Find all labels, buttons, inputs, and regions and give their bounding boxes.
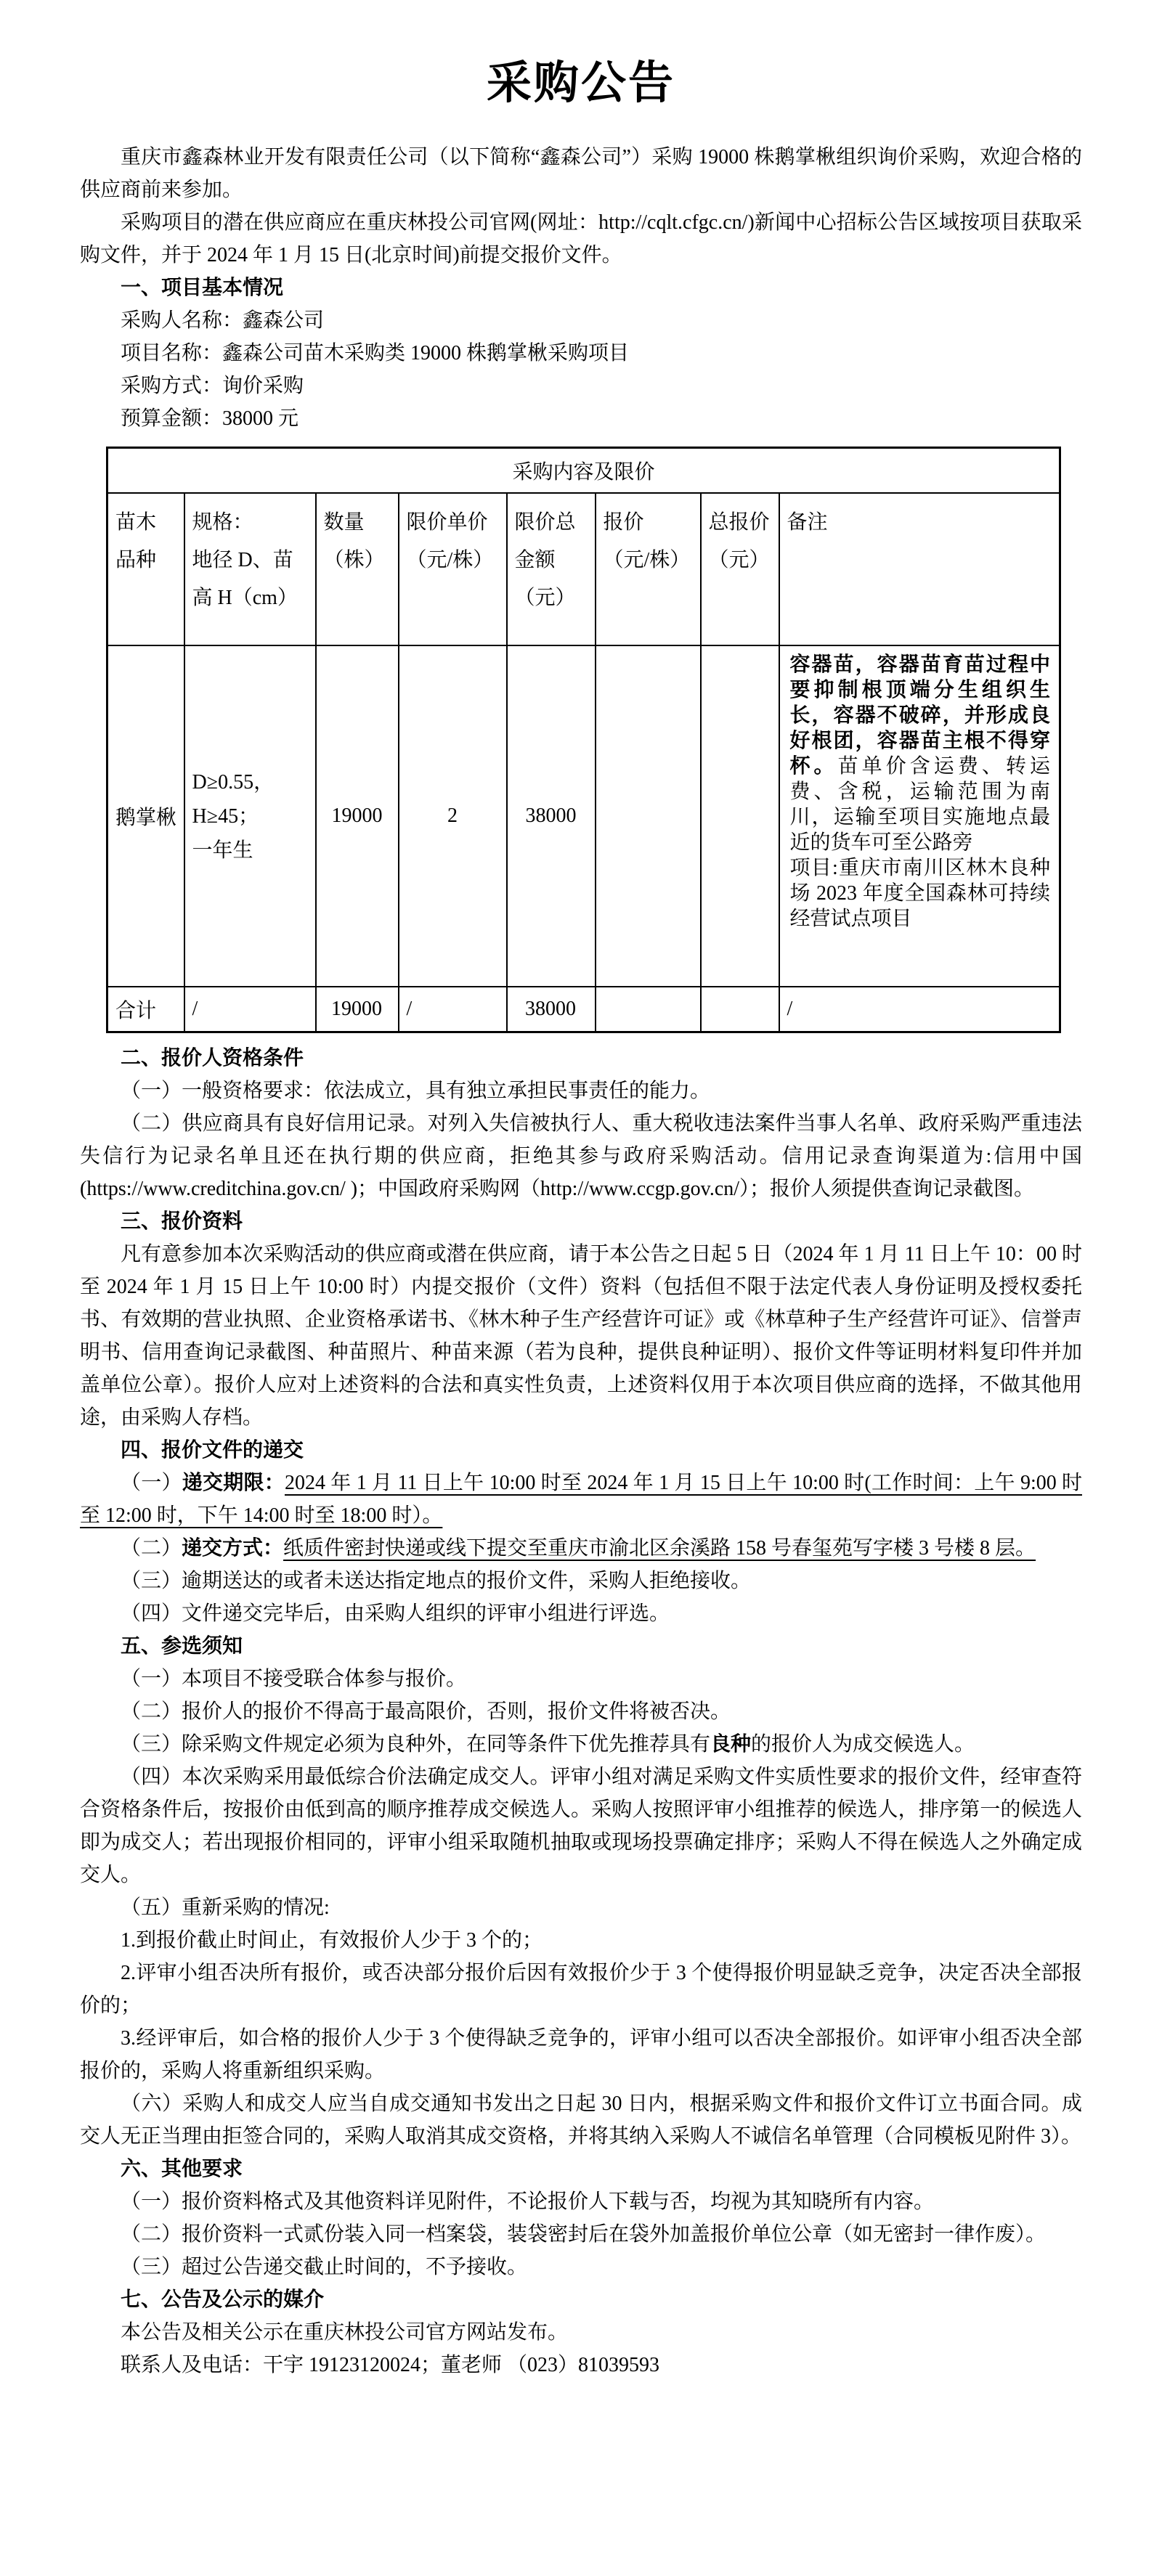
section-heading: 五、参选须知 [80,1630,1082,1663]
table-caption: 采购内容及限价 [107,448,1060,494]
total-limit-sum-cell: 38000 [507,987,596,1032]
section-heading: 七、公告及公示的媒介 [80,2283,1082,2316]
paragraph: 联系人及电话：干宇 19123120024；董老师 （023）81039593 [80,2349,1082,2381]
text-run: （二）报价人的报价不得高于最高限价，否则，报价文件将被否决。 [121,1700,731,1723]
col-header-unit-limit: 限价单价 （元/株） [399,493,507,645]
paragraph: 凡有意参加本次采购活动的供应商或潜在供应商，请于本公告之日起 5 日（2024 … [80,1238,1082,1434]
text-run: （一） [121,1472,182,1494]
col-header-quantity: 数量 （株） [316,493,399,645]
total-quote-empty-cell [596,987,701,1032]
col-header-total-limit: 限价总 金额 （元） [507,493,596,645]
section-heading: 三、报价资料 [80,1205,1082,1238]
total-quantity-cell: 19000 [316,987,399,1032]
text-run: 良种 [710,1733,751,1756]
sections-container: 二、报价人资格条件（一）一般资格要求：依法成立，具有独立承担民事责任的能力。（二… [80,1042,1082,2381]
table-row: 鹅掌楸 D≥0.55， H≥45； 一年生 19000 2 38000 容器苗，… [107,645,1060,987]
text-run: （二）供应商具有良好信用记录。对列入失信被执行人、重大税收违法案件当事人名单、政… [80,1112,1082,1200]
section-heading: 二、报价人资格条件 [80,1042,1082,1075]
paragraph: （二）报价人的报价不得高于最高限价，否则，报价文件将被否决。 [80,1695,1082,1728]
text-run: （四）本次采购采用最低综合价法确定成交人。评审小组对满足采购文件实质性要求的报价… [80,1766,1082,1886]
remark-line: 容器苗，容器苗育苗过程中要抑制根顶端分生组织生长，容器不破碎，并形成良好根团，容… [790,652,1051,855]
buyer-name-line: 采购人名称：鑫森公司 [80,304,1082,337]
table-caption-row: 采购内容及限价 [107,448,1060,494]
paragraph: （四）本次采购采用最低综合价法确定成交人。评审小组对满足采购文件实质性要求的报价… [80,1761,1082,1891]
total-quote-sum-empty-cell [701,987,779,1032]
text-run: 本公告及相关公示在重庆林投公司官方网站发布。 [121,2321,568,2344]
text-run: （四）文件递交完毕后，由采购人组织的评审小组进行评选。 [121,1602,670,1625]
species-cell: 鹅掌楸 [107,645,184,987]
text-run: 采购项目的潜在供应商应在重庆林投公司官网(网址：http://cqlt.cfgc… [80,211,1082,266]
text-run: （三）超过公告递交截止时间的，不予接收。 [121,2256,527,2278]
text-run: （六）采购人和成交人应当自成交通知书发出之日起 30 日内，根据采购文件和报价文… [80,2092,1082,2148]
section-heading-basic-info: 一、项目基本情况 [80,272,1082,304]
spec-cell: D≥0.55， H≥45； 一年生 [184,645,316,987]
project-name-line: 项目名称：鑫森公司苗木采购类 19000 株鹅掌楸采购项目 [80,337,1082,370]
text-run: （一）报价资料格式及其他资料详见附件，不论报价人下载与否，均视为其知晓所有内容。 [121,2190,934,2213]
text-run: 重庆市鑫森林业开发有限责任公司（以下简称“鑫森公司”）采购 19000 株鹅掌楸… [80,146,1082,201]
document-page: 采购公告 重庆市鑫森林业开发有限责任公司（以下简称“鑫森公司”）采购 19000… [0,0,1162,2576]
paragraph: （二）递交方式：纸质件密封快递或线下提交至重庆市渝北区余溪路 158 号春玺苑写… [80,1532,1082,1565]
col-header-quote: 报价 （元/株） [596,493,701,645]
page-title: 采购公告 [80,57,1082,110]
intro-paragraph-2: 采购项目的潜在供应商应在重庆林投公司官网(网址：http://cqlt.cfgc… [80,206,1082,272]
total-unit-limit-cell: / [399,987,507,1032]
section-heading: 六、其他要求 [80,2153,1082,2185]
col-header-spec: 规格： 地径 D、苗 高 H（cm） [184,493,316,645]
price-limit-table: 采购内容及限价 苗木 品种 规格： 地径 D、苗 高 H（cm） 数量 （株） … [106,447,1061,1033]
total-remark-cell: / [779,987,1060,1032]
total-limit-cell: 38000 [507,645,596,987]
text-run: 递交方式： [182,1537,283,1560]
procurement-method-line: 采购方式：询价采购 [80,370,1082,402]
table-header-row: 苗木 品种 规格： 地径 D、苗 高 H（cm） 数量 （株） 限价单价 （元/… [107,493,1060,645]
unit-limit-cell: 2 [399,645,507,987]
paragraph: （四）文件递交完毕后，由采购人组织的评审小组进行评选。 [80,1597,1082,1630]
total-quote-cell [701,645,779,987]
text-run: 纸质件密封快递或线下提交至重庆市渝北区余溪路 158 号春玺苑写字楼 3 号楼 … [283,1537,1036,1560]
section-heading: 四、报价文件的递交 [80,1434,1082,1467]
text-run: （一）一般资格要求：依法成立，具有独立承担民事责任的能力。 [121,1080,710,1102]
paragraph: （一）一般资格要求：依法成立，具有独立承担民事责任的能力。 [80,1075,1082,1107]
text-run: （二）报价资料一式贰份装入同一档案袋，装袋密封后在袋外加盖报价单位公章（如无密封… [121,2223,1046,2246]
col-header-remark: 备注 [779,493,1060,645]
remark-cell: 容器苗，容器苗育苗过程中要抑制根顶端分生组织生长，容器不破碎，并形成良好根团，容… [779,645,1060,987]
text-run: 2.评审小组否决所有报价，或否决部分报价后因有效报价少于 3 个使得报价明显缺乏… [80,1962,1082,2017]
text-run: 的报价人为成交候选人。 [751,1733,975,1756]
paragraph: 本公告及相关公示在重庆林投公司官方网站发布。 [80,2316,1082,2349]
paragraph: （三）逾期送达的或者未送达指定地点的报价文件，采购人拒绝接收。 [80,1565,1082,1597]
text-run: 1.到报价截止时间止，有效报价人少于 3 个的； [121,1929,543,1952]
paragraph: （三）除采购文件规定必须为良种外，在同等条件下优先推荐具有良种的报价人为成交候选… [80,1728,1082,1761]
paragraph: 1.到报价截止时间止，有效报价人少于 3 个的； [80,1924,1082,1957]
budget-line: 预算金额：38000 元 [80,402,1082,435]
text-run: （二） [121,1537,182,1560]
text-run: 3.经评审后，如合格的报价人少于 3 个使得缺乏竞争的，评审小组可以否决全部报价… [80,2027,1082,2082]
total-spec-cell: / [184,987,316,1032]
col-header-total-quote: 总报价 （元） [701,493,779,645]
paragraph: （一）报价资料格式及其他资料详见附件，不论报价人下载与否，均视为其知晓所有内容。 [80,2185,1082,2218]
text-run: （五）重新采购的情况: [121,1896,330,1919]
paragraph: （三）超过公告递交截止时间的，不予接收。 [80,2251,1082,2283]
paragraph: （一）本项目不接受联合体参与报价。 [80,1663,1082,1695]
text-run: （三）逾期送达的或者未送达指定地点的报价文件，采购人拒绝接收。 [121,1570,751,1592]
text-run: 联系人及电话：干宇 19123120024；董老师 （023）81039593 [121,2354,659,2376]
paragraph: （一）递交期限：2024 年 1 月 11 日上午 10:00 时至 2024 … [80,1467,1082,1532]
text-run: （三）除采购文件规定必须为良种外，在同等条件下优先推荐具有 [121,1733,710,1756]
text-run: 递交期限： [182,1472,285,1494]
col-header-species: 苗木 品种 [107,493,184,645]
text-run: 项目:重庆市南川区林木良种场 2023 年度全国森林可持续经营试点项目 [790,857,1051,930]
paragraph: （二）报价资料一式贰份装入同一档案袋，装袋密封后在袋外加盖报价单位公章（如无密封… [80,2218,1082,2251]
total-label-cell: 合计 [107,987,184,1032]
intro-paragraph-1: 重庆市鑫森林业开发有限责任公司（以下简称“鑫森公司”）采购 19000 株鹅掌楸… [80,141,1082,206]
paragraph: （六）采购人和成交人应当自成交通知书发出之日起 30 日内，根据采购文件和报价文… [80,2087,1082,2153]
quantity-cell: 19000 [316,645,399,987]
remark-line: 项目:重庆市南川区林木良种场 2023 年度全国森林可持续经营试点项目 [790,855,1051,932]
quote-cell [596,645,701,987]
paragraph: （二）供应商具有良好信用记录。对列入失信被执行人、重大税收违法案件当事人名单、政… [80,1107,1082,1205]
paragraph: 3.经评审后，如合格的报价人少于 3 个使得缺乏竞争的，评审小组可以否决全部报价… [80,2022,1082,2087]
text-run: 凡有意参加本次采购活动的供应商或潜在供应商，请于本公告之日起 5 日（2024 … [80,1243,1082,1429]
paragraph: 2.评审小组否决所有报价，或否决部分报价后因有效报价少于 3 个使得报价明显缺乏… [80,1957,1082,2022]
table-total-row: 合计 / 19000 / 38000 / [107,987,1060,1032]
text-run: （一）本项目不接受联合体参与报价。 [121,1668,466,1690]
paragraph: （五）重新采购的情况: [80,1891,1082,1924]
